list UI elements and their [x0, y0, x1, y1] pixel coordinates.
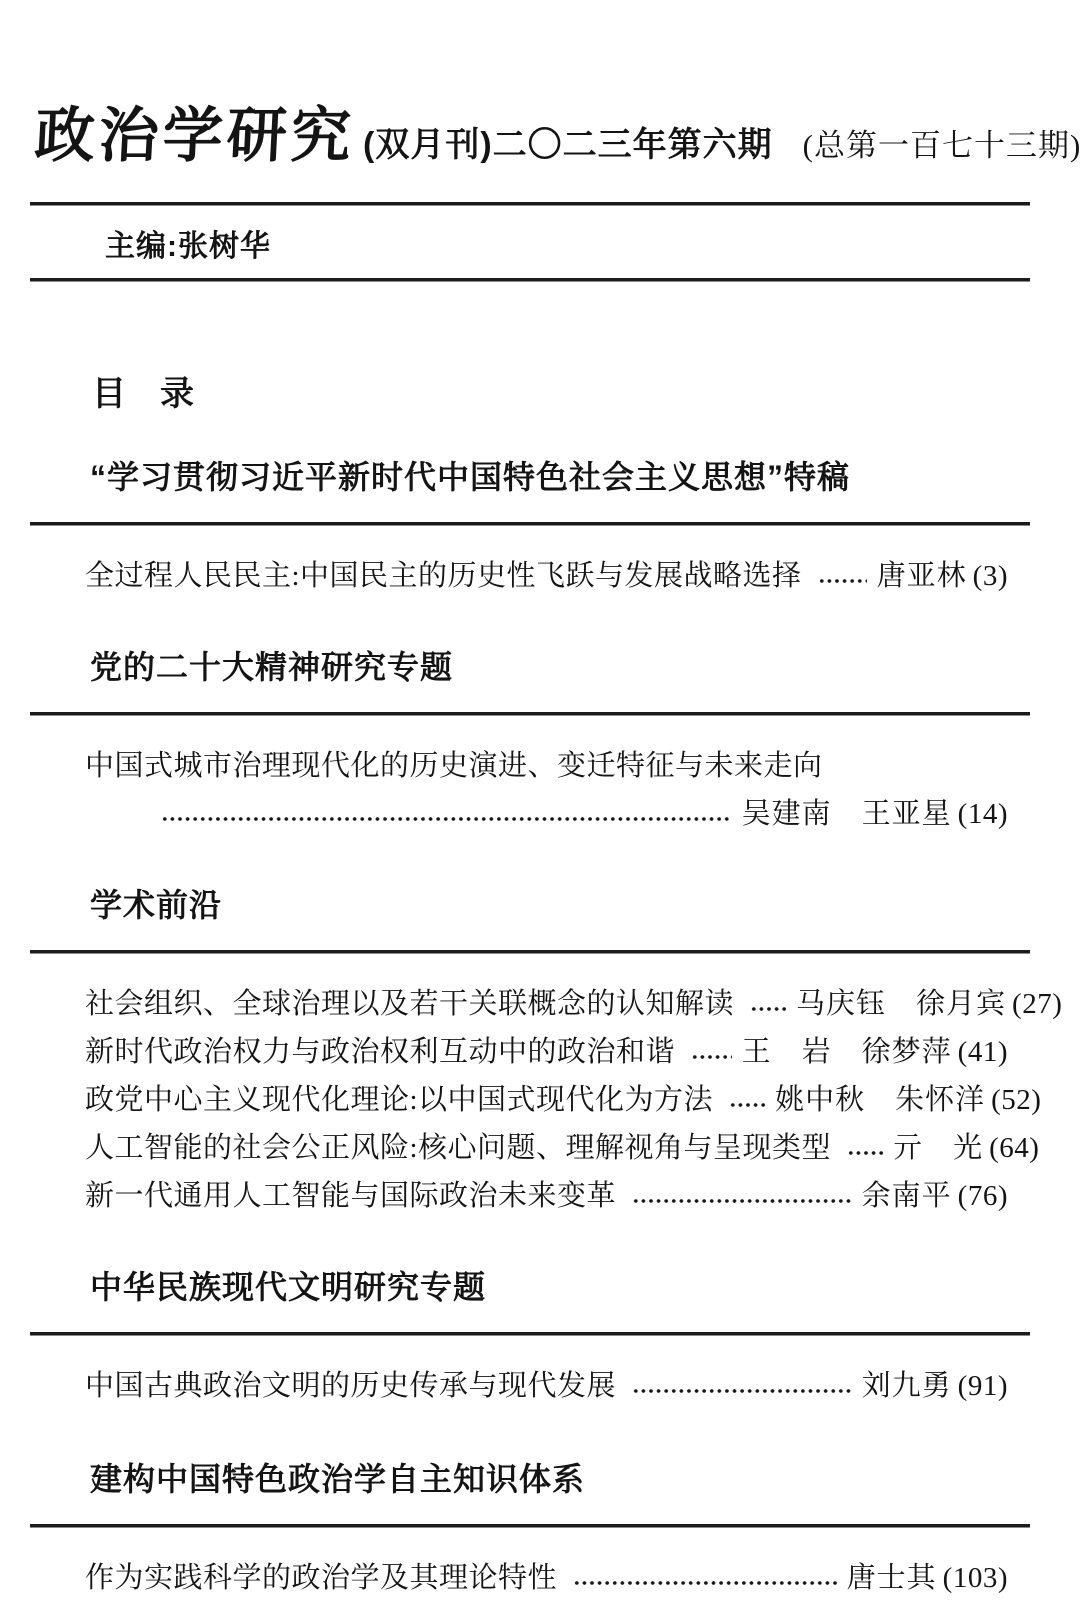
section-heading-academic-frontier: 学术前沿 [90, 884, 1030, 926]
toc-entry: 中国古典政治文明的历史传承与现代发展 刘九勇 (91) [85, 1366, 1008, 1406]
article-authors: 亓 光 [893, 1128, 983, 1168]
article-authors: 马庆钰 徐月宾 [796, 984, 1006, 1024]
toc-entry: 政党中心主义现代化理论:以中国式现代化为方法 姚中秋 朱怀洋 (52) [85, 1080, 1008, 1120]
article-authors: 王 岩 徐梦萍 [742, 1032, 952, 1072]
journal-toc-page: 政治学研究 (双月刊)二〇二三年第六期 (总第一百七十三期) 主编:张树华 目 … [0, 0, 1080, 1602]
toc-entry: 新一代通用人工智能与国际政治未来变革 余南平 (76) [85, 1176, 1008, 1216]
toc-entry: 全过程人民民主:中国民主的历史性飞跃与发展战略选择 唐亚林 (3) [85, 556, 1008, 596]
masthead: 政治学研究 (双月刊)二〇二三年第六期 (总第一百七十三期) [30, 0, 1030, 174]
article-authors: 姚中秋 朱怀洋 [775, 1080, 985, 1120]
dot-leader [573, 1579, 837, 1587]
article-page-number: (14) [958, 794, 1008, 834]
article-title: 全过程人民民主:中国民主的历史性飞跃与发展战略选择 [85, 556, 802, 596]
article-authors: 吴建南 王亚星 [742, 794, 952, 834]
article-authors: 唐士其 [847, 1558, 937, 1598]
journal-title: 政治学研究 [33, 88, 358, 174]
section-heading-chinese-civilization: 中华民族现代文明研究专题 [90, 1266, 1030, 1308]
dot-leader [750, 1005, 786, 1013]
article-page-number: (27) [1012, 984, 1062, 1024]
issue-info: (双月刊)二〇二三年第六期 [363, 117, 773, 166]
article-page-number: (41) [958, 1032, 1008, 1072]
whole-number: (总第一百七十三期) [803, 120, 1080, 165]
article-title: 新时代政治权力与政治权利互动中的政治和谐 [85, 1032, 675, 1072]
section-heading-knowledge-system: 建构中国特色政治学自主知识体系 [90, 1458, 1030, 1500]
dot-leader [632, 1387, 852, 1395]
toc-entry: 作为实践科学的政治学及其理论特性 唐士其 (103) [85, 1558, 1008, 1598]
chief-editor-label: 主编:张树华 [30, 206, 1030, 278]
article-title: 新一代通用人工智能与国际政治未来变革 [85, 1176, 616, 1216]
dot-leader [691, 1053, 732, 1061]
article-page-number: (3) [973, 556, 1008, 596]
dot-leader [729, 1101, 765, 1109]
article-page-number: (76) [958, 1176, 1008, 1216]
article-title: 作为实践科学的政治学及其理论特性 [85, 1558, 557, 1598]
article-title: 社会组织、全球治理以及若干关联概念的认知解读 [85, 984, 734, 1024]
article-title: 人工智能的社会公正风险:核心问题、理解视角与呈现类型 [85, 1128, 831, 1168]
article-title: 中国式城市治理现代化的历史演进、变迁特征与未来走向 [85, 746, 823, 786]
toc-entry: 人工智能的社会公正风险:核心问题、理解视角与呈现类型 亓 光 (64) [85, 1128, 1008, 1168]
section-heading-special-feature: “学习贯彻习近平新时代中国特色社会主义思想”特稿 [90, 456, 1030, 498]
article-page-number: (91) [958, 1366, 1008, 1406]
article-title: 政党中心主义现代化理论:以中国式现代化为方法 [85, 1080, 713, 1120]
article-authors: 余南平 [862, 1176, 952, 1216]
toc-entry-continuation: 吴建南 王亚星 (14) [85, 794, 1008, 834]
toc-entry: 新时代政治权力与政治权利互动中的政治和谐 王 岩 徐梦萍 (41) [85, 1032, 1008, 1072]
toc-entry: 社会组织、全球治理以及若干关联概念的认知解读 马庆钰 徐月宾 (27) [85, 984, 1008, 1024]
dot-leader [161, 815, 732, 823]
article-title: 中国古典政治文明的历史传承与现代发展 [85, 1366, 616, 1406]
article-authors: 刘九勇 [862, 1366, 952, 1406]
article-page-number: (64) [989, 1128, 1039, 1168]
section-heading-20th-congress: 党的二十大精神研究专题 [90, 646, 1030, 688]
article-page-number: (52) [991, 1080, 1041, 1120]
toc-heading: 目 录 [92, 372, 1030, 416]
article-authors: 唐亚林 [877, 556, 967, 596]
dot-leader [818, 577, 867, 585]
toc-entry: 中国式城市治理现代化的历史演进、变迁特征与未来走向 [85, 746, 1008, 786]
dot-leader [847, 1149, 883, 1157]
dot-leader [632, 1197, 852, 1205]
divider [30, 278, 1030, 282]
article-page-number: (103) [943, 1558, 1008, 1598]
